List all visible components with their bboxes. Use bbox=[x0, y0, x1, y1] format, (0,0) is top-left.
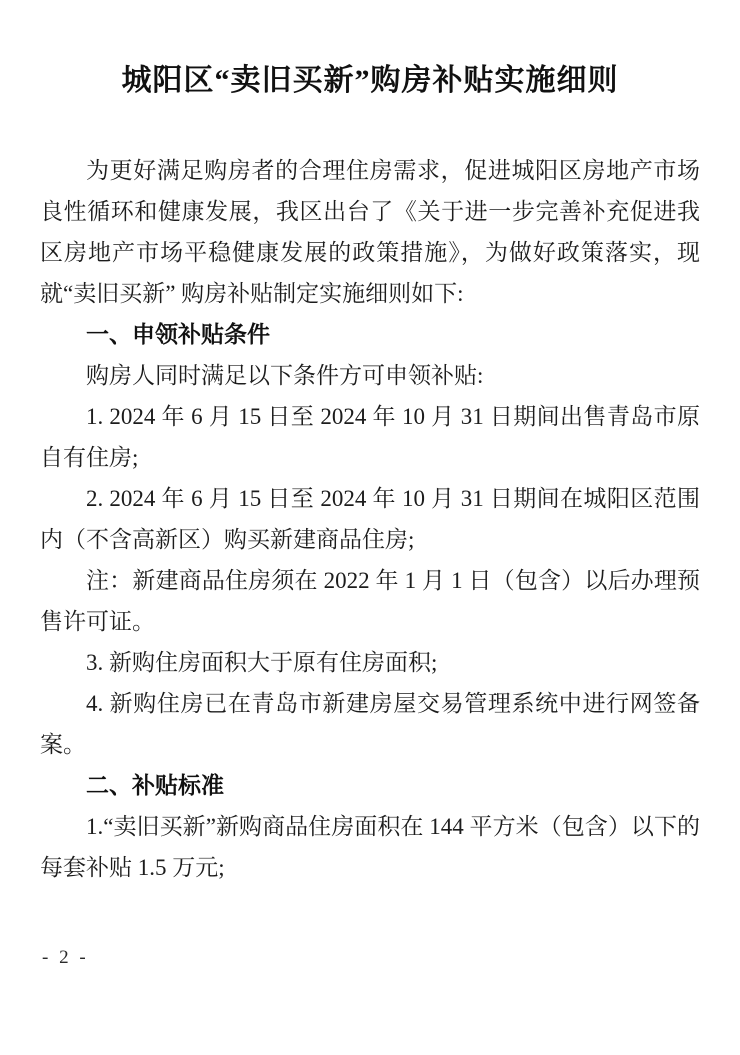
document-title: 城阳区“卖旧买新”购房补贴实施细则 bbox=[40, 58, 700, 104]
paragraph-note: 注：新建商品住房须在 2022 年 1 月 1 日（包含）以后办理预售许可证。 bbox=[40, 560, 700, 642]
list-item-condition-4: 4. 新购住房已在青岛市新建房屋交易管理系统中进行网签备案。 bbox=[40, 683, 700, 765]
document-body: 为更好满足购房者的合理住房需求，促进城阳区房地产市场良性循环和健康发展，我区出台… bbox=[40, 150, 700, 888]
list-item-standard-1: 1.“卖旧买新”新购商品住房面积在 144 平方米（包含）以下的每套补贴 1.5… bbox=[40, 806, 700, 888]
document-page: 城阳区“卖旧买新”购房补贴实施细则 为更好满足购房者的合理住房需求，促进城阳区房… bbox=[0, 0, 740, 1055]
page-number: - 2 - bbox=[42, 947, 89, 969]
list-item-condition-1: 1. 2024 年 6 月 15 日至 2024 年 10 月 31 日期间出售… bbox=[40, 396, 700, 478]
paragraph-intro: 为更好满足购房者的合理住房需求，促进城阳区房地产市场良性循环和健康发展，我区出台… bbox=[40, 150, 700, 314]
list-item-condition-3: 3. 新购住房面积大于原有住房面积; bbox=[40, 642, 700, 683]
list-item-condition-2: 2. 2024 年 6 月 15 日至 2024 年 10 月 31 日期间在城… bbox=[40, 478, 700, 560]
paragraph-conditions-lead: 购房人同时满足以下条件方可申领补贴: bbox=[40, 355, 700, 396]
section-heading-conditions: 一、申领补贴条件 bbox=[40, 314, 700, 355]
section-heading-standards: 二、补贴标准 bbox=[40, 765, 700, 806]
